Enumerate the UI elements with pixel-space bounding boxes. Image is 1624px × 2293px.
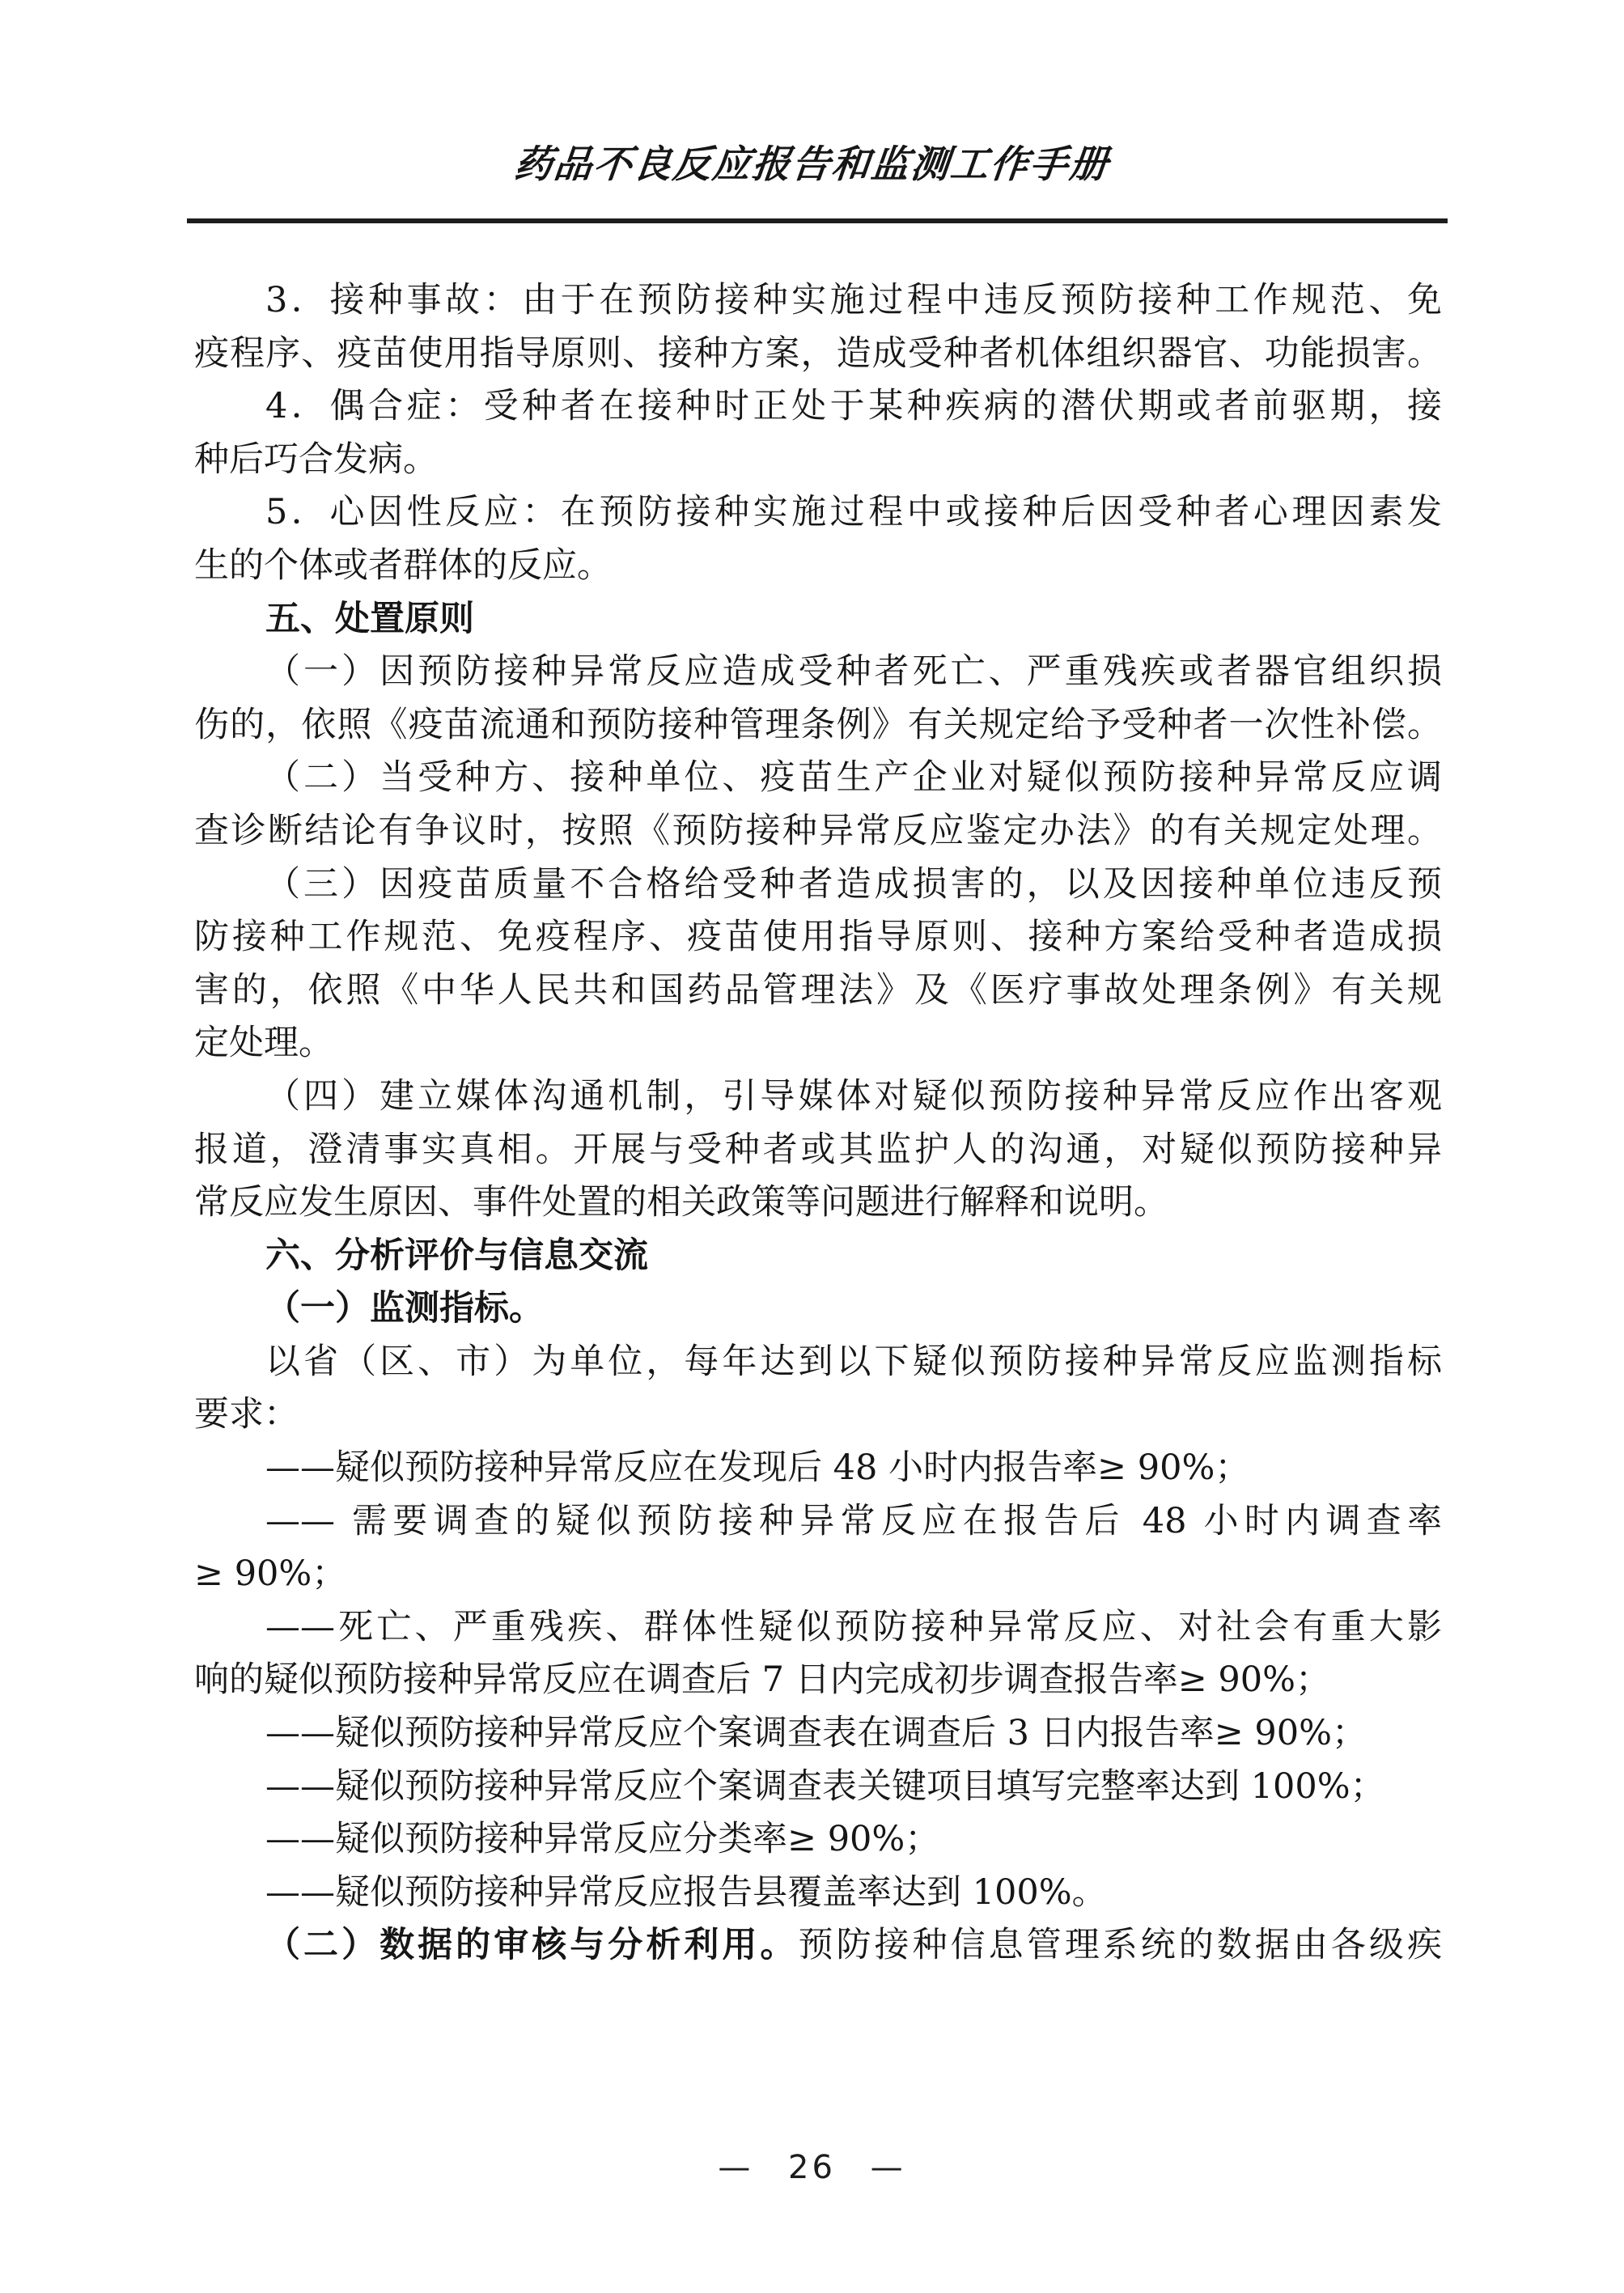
page-number: — 26 — xyxy=(0,2149,1624,2186)
text-line: 五、处置原则 xyxy=(194,593,1442,646)
text-line: ≥ 90%； xyxy=(194,1548,1442,1601)
text-line: 定处理。 xyxy=(194,1017,1442,1070)
text-line: 4．偶合症：受种者在接种时正处于某种疾病的潜伏期或者前驱期，接 xyxy=(194,380,1442,434)
body-text: 定处理。 xyxy=(194,1023,333,1063)
body-text: 防接种工作规范、免疫程序、疫苗使用指导原则、接种方案给受种者造成损 xyxy=(194,917,1442,957)
text-line: 3．接种事故：由于在预防接种实施过程中违反预防接种工作规范、免 xyxy=(194,274,1442,328)
heading-text: （一）监测指标。 xyxy=(265,1288,544,1329)
text-line: （一）监测指标。 xyxy=(194,1282,1442,1336)
body-text: 要求： xyxy=(194,1394,299,1435)
header-divider xyxy=(187,218,1448,223)
body-text: （二）当受种方、接种单位、疫苗生产企业对疑似预防接种异常反应调 xyxy=(265,757,1442,798)
body-text: 生的个体或者群体的反应。 xyxy=(194,545,612,586)
text-line: 要求： xyxy=(194,1388,1442,1442)
text-line: —— 需要调查的疑似预防接种异常反应在报告后 48 小时内调查率 xyxy=(194,1495,1442,1549)
body-text: （一）因预防接种异常反应造成受种者死亡、严重残疾或者器官组织损 xyxy=(265,651,1442,692)
body-text: 伤的，依照《疫苗流通和预防接种管理条例》有关规定给予受种者一次性补偿。 xyxy=(194,705,1442,745)
body-text: （四）建立媒体沟通机制，引导媒体对疑似预防接种异常反应作出客观 xyxy=(265,1076,1442,1117)
body-text: —— 需要调查的疑似预防接种异常反应在报告后 48 小时内调查率 xyxy=(265,1501,1442,1541)
body-text: 响的疑似预防接种异常反应在调查后 7 日内完成初步调查报告率≥ 90%； xyxy=(194,1659,1330,1700)
page-body: 3．接种事故：由于在预防接种实施过程中违反预防接种工作规范、免疫程序、疫苗使用指… xyxy=(194,274,1442,1973)
text-line: ——疑似预防接种异常反应个案调查表在调查后 3 日内报告率≥ 90%； xyxy=(194,1707,1442,1761)
document-page: 药品不良反应报告和监测工作手册 3．接种事故：由于在预防接种实施过程中违反预防接… xyxy=(0,0,1624,2293)
body-text: ——死亡、严重残疾、群体性疑似预防接种异常反应、对社会有重大影 xyxy=(265,1607,1442,1647)
text-line: 六、分析评价与信息交流 xyxy=(194,1230,1442,1283)
text-line: 报道，澄清事实真相。开展与受种者或其监护人的沟通，对疑似预防接种异 xyxy=(194,1124,1442,1177)
body-text: 5．心因性反应：在预防接种实施过程中或接种后因受种者心理因素发 xyxy=(265,492,1442,532)
body-text: 疫程序、疫苗使用指导原则、接种方案，造成受种者机体组织器官、功能损害。 xyxy=(194,333,1442,374)
body-text: ——疑似预防接种异常反应分类率≥ 90%； xyxy=(265,1819,939,1859)
text-line: （一）因预防接种异常反应造成受种者死亡、严重残疾或者器官组织损 xyxy=(194,646,1442,699)
body-text: 报道，澄清事实真相。开展与受种者或其监护人的沟通，对疑似预防接种异 xyxy=(194,1130,1442,1170)
text-line: 防接种工作规范、免疫程序、疫苗使用指导原则、接种方案给受种者造成损 xyxy=(194,911,1442,964)
body-text: （三）因疫苗质量不合格给受种者造成损害的，以及因接种单位违反预 xyxy=(265,864,1442,905)
body-text: ——疑似预防接种异常反应报告县覆盖率达到 100%。 xyxy=(265,1872,1107,1913)
text-line: 5．心因性反应：在预防接种实施过程中或接种后因受种者心理因素发 xyxy=(194,486,1442,540)
body-text: 预防接种信息管理系统的数据由各级疾 xyxy=(798,1925,1442,1965)
text-line: 害的，依照《中华人民共和国药品管理法》及《医疗事故处理条例》有关规 xyxy=(194,964,1442,1018)
text-line: （三）因疫苗质量不合格给受种者造成损害的，以及因接种单位违反预 xyxy=(194,858,1442,912)
text-line: ——疑似预防接种异常反应分类率≥ 90%； xyxy=(194,1813,1442,1867)
body-text: ——疑似预防接种异常反应个案调查表在调查后 3 日内报告率≥ 90%； xyxy=(265,1713,1367,1753)
body-text: 种后巧合发病。 xyxy=(194,439,438,480)
body-text: 常反应发生原因、事件处置的相关政策等问题进行解释和说明。 xyxy=(194,1182,1168,1223)
body-text: 查诊断结论有争议时，按照《预防接种异常反应鉴定办法》的有关规定处理。 xyxy=(194,811,1442,851)
body-text: ——疑似预防接种异常反应在发现后 48 小时内报告率≥ 90%； xyxy=(265,1447,1249,1488)
text-line: ——死亡、严重残疾、群体性疑似预防接种异常反应、对社会有重大影 xyxy=(194,1601,1442,1655)
body-text: ——疑似预防接种异常反应个案调查表关键项目填写完整率达到 100%； xyxy=(265,1766,1385,1807)
text-line: 查诊断结论有争议时，按照《预防接种异常反应鉴定办法》的有关规定处理。 xyxy=(194,805,1442,858)
heading-text: （二）数据的审核与分析利用。 xyxy=(265,1925,798,1965)
body-text: 害的，依照《中华人民共和国药品管理法》及《医疗事故处理条例》有关规 xyxy=(194,970,1442,1011)
text-line: 生的个体或者群体的反应。 xyxy=(194,540,1442,593)
body-text: 4．偶合症：受种者在接种时正处于某种疾病的潜伏期或者前驱期，接 xyxy=(265,386,1442,426)
body-text: 以省（区、市）为单位，每年达到以下疑似预防接种异常反应监测指标 xyxy=(265,1341,1442,1382)
text-line: ——疑似预防接种异常反应报告县覆盖率达到 100%。 xyxy=(194,1867,1442,1920)
heading-text: 五、处置原则 xyxy=(265,599,474,639)
text-line: 疫程序、疫苗使用指导原则、接种方案，造成受种者机体组织器官、功能损害。 xyxy=(194,328,1442,381)
body-text: 3．接种事故：由于在预防接种实施过程中违反预防接种工作规范、免 xyxy=(265,280,1442,320)
text-line: （四）建立媒体沟通机制，引导媒体对疑似预防接种异常反应作出客观 xyxy=(194,1070,1442,1124)
body-text: ≥ 90%； xyxy=(194,1553,346,1594)
text-line: ——疑似预防接种异常反应个案调查表关键项目填写完整率达到 100%； xyxy=(194,1761,1442,1814)
page-header-title: 药品不良反应报告和监测工作手册 xyxy=(0,134,1624,189)
text-line: 种后巧合发病。 xyxy=(194,434,1442,487)
text-line: 常反应发生原因、事件处置的相关政策等问题进行解释和说明。 xyxy=(194,1176,1442,1230)
heading-text: 六、分析评价与信息交流 xyxy=(265,1236,648,1276)
text-line: （二）数据的审核与分析利用。预防接种信息管理系统的数据由各级疾 xyxy=(194,1919,1442,1973)
text-line: 以省（区、市）为单位，每年达到以下疑似预防接种异常反应监测指标 xyxy=(194,1336,1442,1389)
text-line: ——疑似预防接种异常反应在发现后 48 小时内报告率≥ 90%； xyxy=(194,1442,1442,1495)
text-line: 响的疑似预防接种异常反应在调查后 7 日内完成初步调查报告率≥ 90%； xyxy=(194,1654,1442,1707)
text-line: 伤的，依照《疫苗流通和预防接种管理条例》有关规定给予受种者一次性补偿。 xyxy=(194,699,1442,752)
text-line: （二）当受种方、接种单位、疫苗生产企业对疑似预防接种异常反应调 xyxy=(194,752,1442,805)
